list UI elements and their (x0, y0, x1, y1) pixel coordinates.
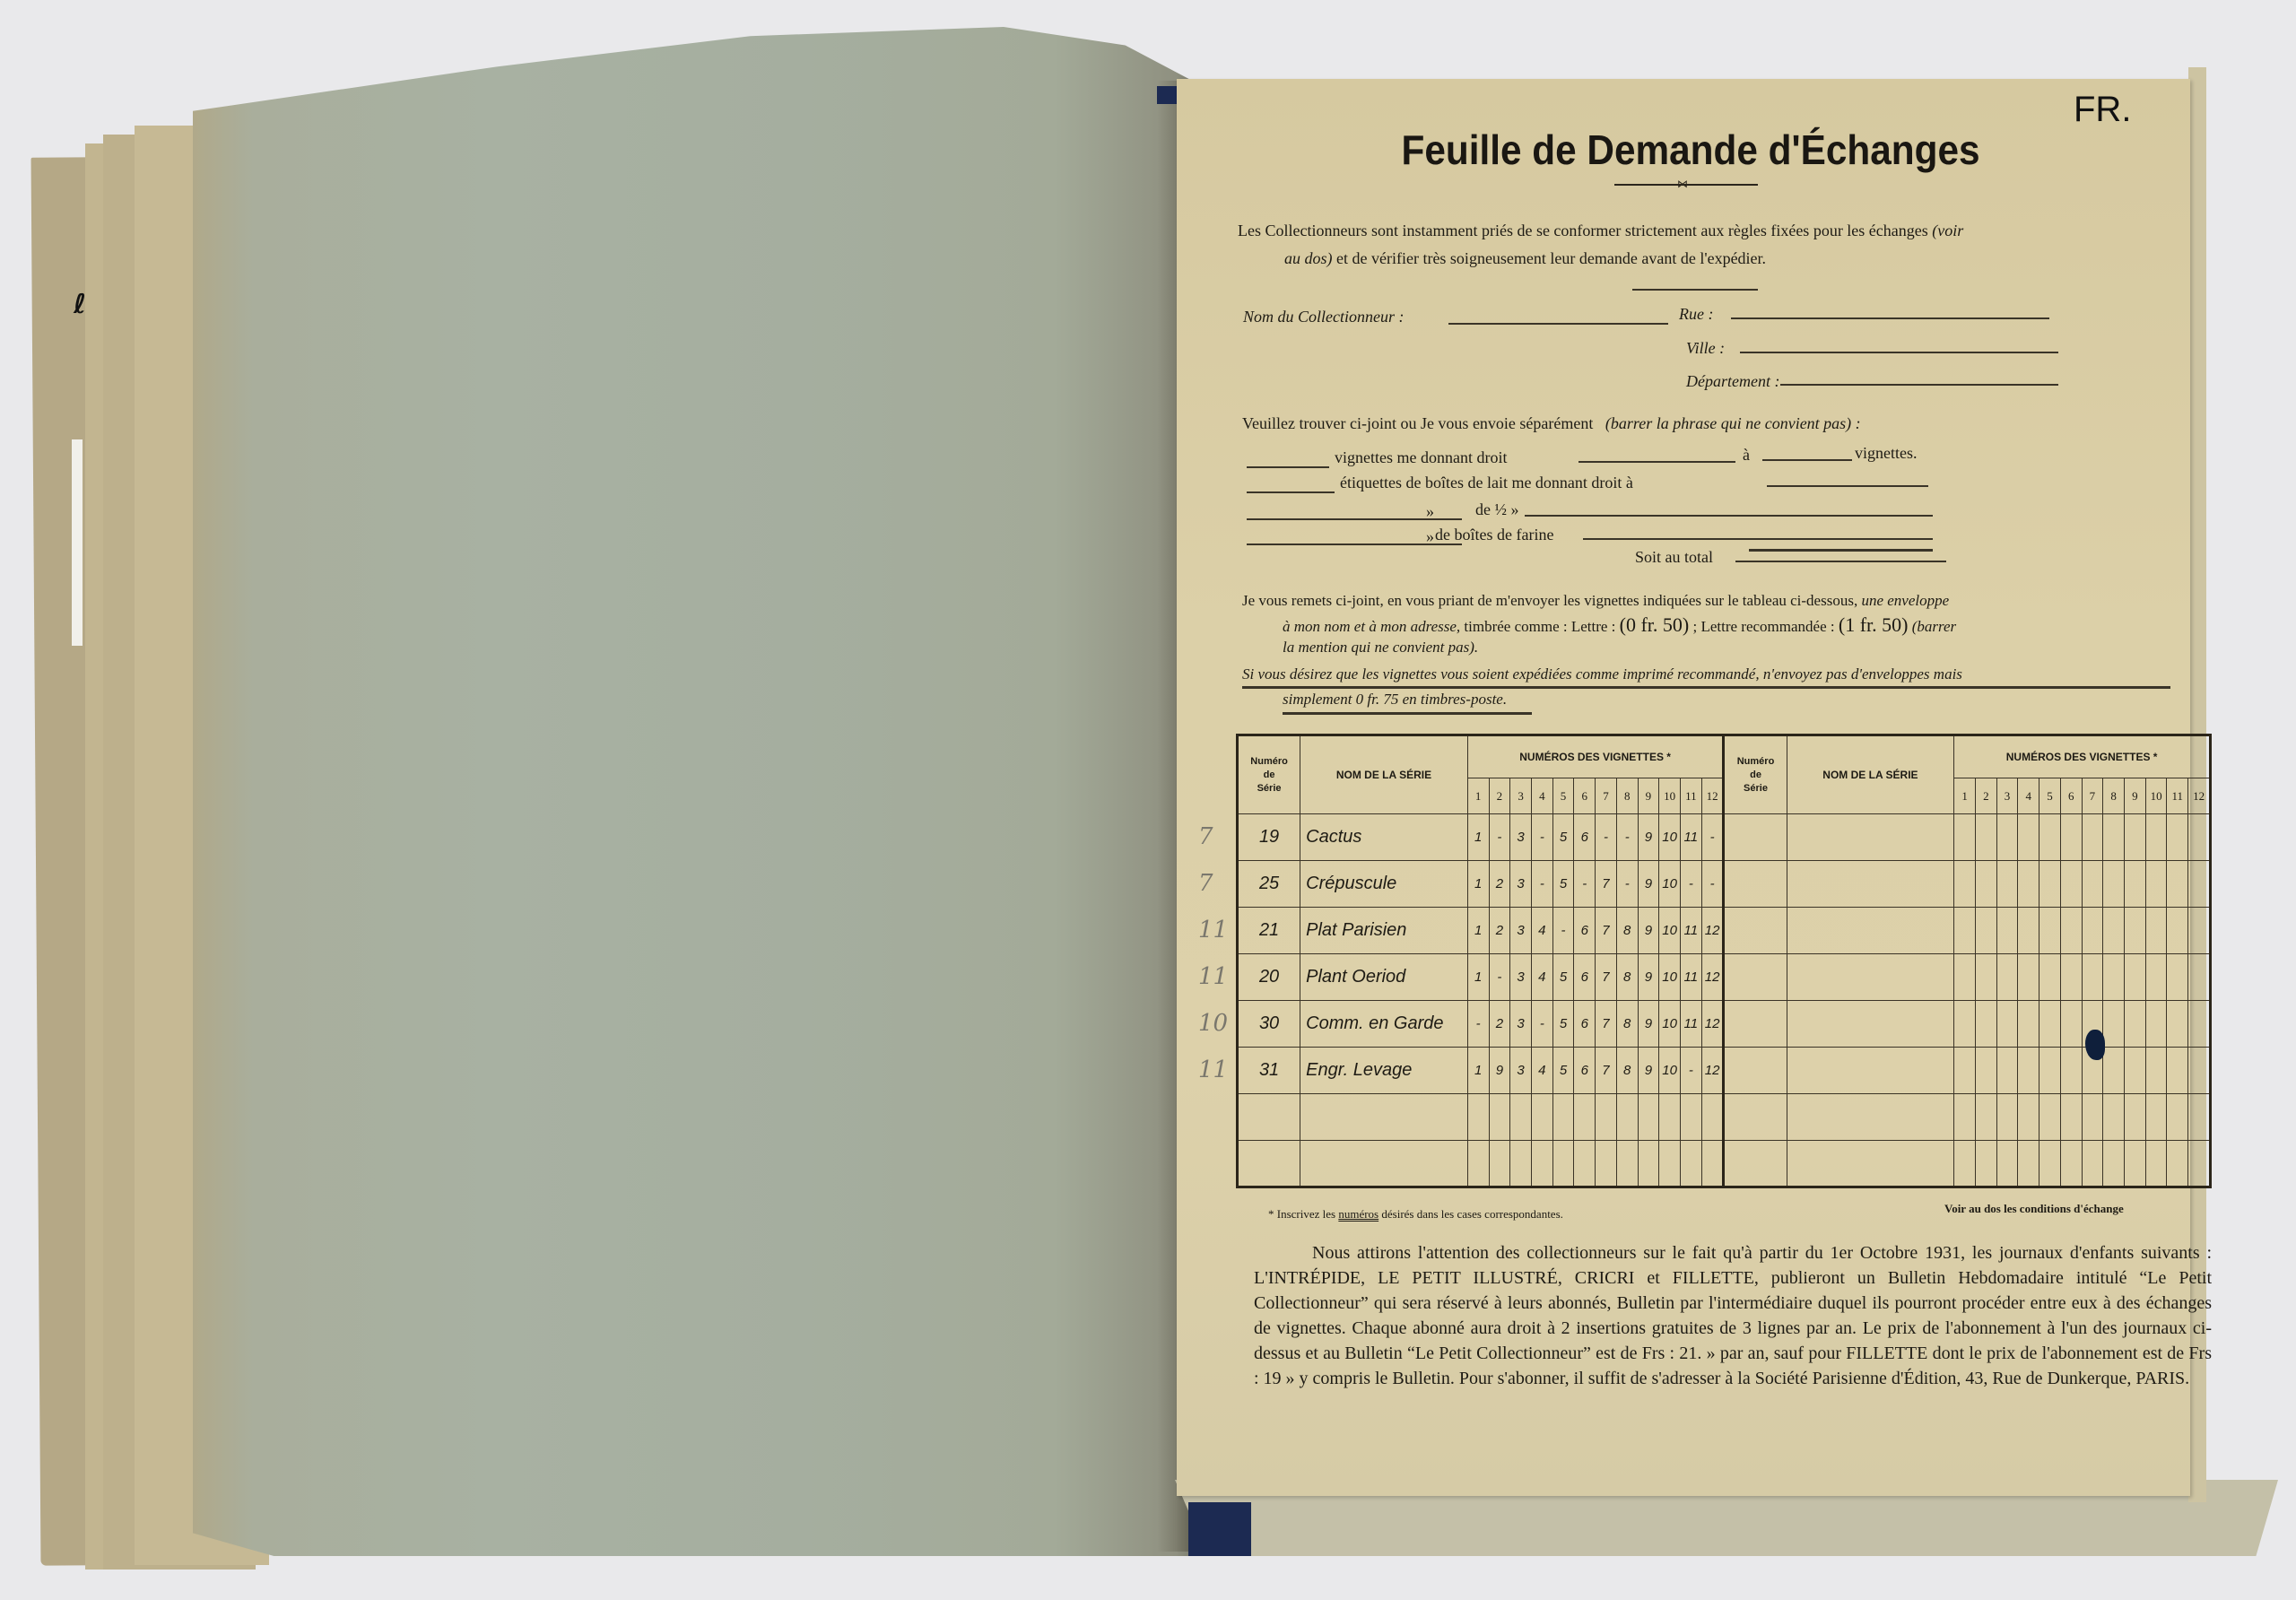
vignette-cell[interactable]: 12 (1701, 954, 1724, 1001)
vignette-cell[interactable] (1975, 1048, 1996, 1094)
vignette-cell[interactable] (1531, 1094, 1552, 1141)
vignette-cell[interactable]: - (1616, 861, 1638, 908)
vignette-cell[interactable] (2039, 954, 2061, 1001)
vignette-cell[interactable] (2060, 1094, 2082, 1141)
serie-name-cell[interactable]: Crépuscule (1300, 861, 1468, 908)
vignette-number-header: 1 (1467, 778, 1489, 814)
vignette-cell[interactable] (2188, 814, 2211, 861)
vignette-cell[interactable]: 10 (1659, 1001, 1681, 1048)
vignette-cell[interactable] (2167, 1001, 2188, 1048)
vignette-cell[interactable] (2125, 1048, 2146, 1094)
vignette-cell[interactable]: 5 (1552, 954, 1574, 1001)
vignette-cell[interactable] (2060, 1001, 2082, 1048)
margin-number: 10 (1198, 1010, 1228, 1037)
serie-name-cell[interactable] (1787, 814, 1954, 861)
vignette-cell[interactable] (2018, 1048, 2039, 1094)
vignette-cell[interactable] (1510, 1094, 1532, 1141)
vignette-cell[interactable] (2060, 1048, 2082, 1094)
vignette-cell[interactable] (1975, 1094, 1996, 1141)
divider (1632, 289, 1758, 291)
vignette-cell[interactable] (2145, 1048, 2167, 1094)
vignette-cell[interactable]: 6 (1574, 1048, 1596, 1094)
vignette-cell[interactable]: 7 (1596, 954, 1617, 1001)
vignette-cell[interactable] (2039, 1001, 2061, 1048)
vignette-cell[interactable]: 3 (1510, 861, 1532, 908)
row4-label: de boîtes de farine (1435, 526, 1553, 544)
vignette-cell[interactable] (2145, 908, 2167, 954)
vignette-cell[interactable]: - (1596, 814, 1617, 861)
vignette-cell[interactable]: 5 (1552, 814, 1574, 861)
vignette-cell[interactable] (1996, 1048, 2018, 1094)
header-text: Série (1744, 783, 1768, 794)
vignette-cell[interactable]: - (1680, 1048, 1701, 1094)
vignette-cell[interactable] (1975, 814, 1996, 861)
serie-number-cell[interactable] (1238, 1141, 1300, 1187)
vignette-cell[interactable]: 8 (1616, 1048, 1638, 1094)
vignette-cell[interactable]: 1 (1467, 908, 1489, 954)
ville-field[interactable] (1740, 352, 2058, 353)
vignette-cell[interactable] (2188, 1141, 2211, 1187)
serie-number-cell[interactable] (1724, 954, 1787, 1001)
vignette-cell[interactable] (2188, 954, 2211, 1001)
footnote-right: Voir au dos les conditions d'échange (1944, 1202, 2124, 1216)
vignette-cell[interactable] (2145, 1141, 2167, 1187)
vignette-cell[interactable] (2060, 1141, 2082, 1187)
footnote-text: * Inscrivez les (1268, 1207, 1335, 1221)
vignette-cell[interactable] (2082, 954, 2103, 1001)
intro-line-2: au dos) et de vérifier très soigneusemen… (1284, 249, 1766, 268)
col-header-nom-right: NOM DE LA SÉRIE (1787, 735, 1954, 814)
serie-name-cell[interactable] (1300, 1141, 1468, 1187)
departement-label: Département : (1686, 372, 1779, 391)
vignette-cell[interactable] (2125, 1141, 2146, 1187)
serie-number-cell[interactable]: 31 (1238, 1048, 1300, 1094)
vignette-cell[interactable]: 3 (1510, 908, 1532, 954)
vignette-cell[interactable]: - (1489, 814, 1510, 861)
table-row: 19Cactus1-3-56--91011- (1238, 814, 2211, 861)
serie-number-cell[interactable] (1724, 908, 1787, 954)
serie-number-cell[interactable] (1724, 814, 1787, 861)
vignette-cell[interactable] (2039, 861, 2061, 908)
intro-au-dos: au dos) (1284, 249, 1333, 267)
vignette-cell[interactable]: 11 (1680, 954, 1701, 1001)
vignette-cell[interactable]: 12 (1701, 1048, 1724, 1094)
table-body: 19Cactus1-3-56--91011-25Crépuscule123-5-… (1238, 814, 2211, 1187)
vignette-cell[interactable]: - (1701, 861, 1724, 908)
serie-name-cell[interactable]: Engr. Levage (1300, 1048, 1468, 1094)
vignette-cell[interactable] (1596, 1141, 1617, 1187)
vignette-cell[interactable]: 12 (1701, 908, 1724, 954)
vignette-cell[interactable] (1659, 1094, 1681, 1141)
remise-lettre: timbrée comme : Lettre : (1464, 618, 1615, 635)
vignette-cell[interactable] (1996, 908, 2018, 954)
serie-name-cell[interactable]: Cactus (1300, 814, 1468, 861)
serie-name-cell[interactable] (1300, 1094, 1468, 1141)
vignette-cell[interactable]: 4 (1531, 954, 1552, 1001)
vignette-cell[interactable] (2018, 814, 2039, 861)
vignette-cell[interactable]: 9 (1638, 908, 1659, 954)
vignette-cell[interactable] (1954, 1001, 1976, 1048)
vignette-cell[interactable]: 6 (1574, 954, 1596, 1001)
vignette-number-header: 4 (1531, 778, 1552, 814)
serie-name-cell[interactable]: Plant Oeriod (1300, 954, 1468, 1001)
row3-label: de ½ » (1475, 500, 1519, 519)
vignette-cell[interactable]: 11 (1680, 814, 1701, 861)
vignette-cell[interactable]: 1 (1467, 954, 1489, 1001)
vignette-cell[interactable]: 10 (1659, 814, 1681, 861)
vignette-cell[interactable] (1975, 1141, 1996, 1187)
vignette-cell[interactable] (2103, 1048, 2125, 1094)
vignette-cell[interactable] (2039, 1141, 2061, 1187)
total-label: Soit au total (1635, 548, 1713, 567)
vignette-cell[interactable] (1954, 861, 1976, 908)
binding-tape-bottom (1188, 1502, 1251, 1556)
vignette-cell[interactable] (1701, 1141, 1724, 1187)
vignette-cell[interactable] (2103, 954, 2125, 1001)
vignette-cell[interactable]: 10 (1659, 1048, 1681, 1094)
vignette-cell[interactable] (2039, 1094, 2061, 1141)
vignette-cell[interactable]: 2 (1489, 861, 1510, 908)
table-row: 30Comm. en Garde-23-56789101112 (1238, 1001, 2211, 1048)
vignette-cell[interactable] (2167, 861, 2188, 908)
vignette-cell[interactable] (2167, 954, 2188, 1001)
vignette-cell[interactable] (2018, 954, 2039, 1001)
serie-number-cell[interactable] (1724, 861, 1787, 908)
vignette-cell[interactable]: 10 (1659, 861, 1681, 908)
vignette-cell[interactable] (2167, 908, 2188, 954)
table-row: 31Engr. Levage19345678910-12 (1238, 1048, 2211, 1094)
vignette-cell[interactable] (1996, 1001, 2018, 1048)
vignette-cell[interactable]: 5 (1552, 861, 1574, 908)
vignette-cell[interactable] (2060, 814, 2082, 861)
header-text: Numéro (1250, 756, 1288, 767)
remise-line-1: Je vous remets ci-joint, en vous priant … (1242, 592, 1949, 610)
blank-vignettes-count[interactable] (1762, 459, 1852, 461)
vignette-cell[interactable]: - (1531, 861, 1552, 908)
vignette-cell[interactable]: 4 (1531, 1048, 1552, 1094)
vignette-cell[interactable] (1975, 908, 1996, 954)
vignette-cell[interactable] (2188, 1094, 2211, 1141)
serie-number-cell[interactable]: 30 (1238, 1001, 1300, 1048)
left-blank-page[interactable] (193, 27, 1206, 1556)
vignette-cell[interactable] (1552, 1094, 1574, 1141)
blank-qty-lait[interactable] (1247, 491, 1335, 493)
vignette-cell[interactable]: 2 (1489, 1001, 1510, 1048)
vignette-cell[interactable]: 6 (1574, 1001, 1596, 1048)
serie-name-cell[interactable] (1787, 954, 1954, 1001)
vignette-cell[interactable] (2167, 1048, 2188, 1094)
vignette-cell[interactable] (1701, 1094, 1724, 1141)
blank-qty-vignettes[interactable] (1247, 466, 1329, 468)
serie-name-cell[interactable] (1787, 1001, 1954, 1048)
vignette-cell[interactable] (2018, 861, 2039, 908)
vignette-cell[interactable]: 5 (1552, 1001, 1574, 1048)
vignette-cell[interactable]: 1 (1467, 1048, 1489, 1094)
vignette-cell[interactable] (2125, 1001, 2146, 1048)
lettre-price: (0 fr. 50) (1620, 613, 1690, 636)
vignette-cell[interactable] (1659, 1141, 1681, 1187)
vignette-cell[interactable]: 1 (1467, 861, 1489, 908)
vignette-cell[interactable]: 3 (1510, 954, 1532, 1001)
vignette-cell[interactable] (1996, 1094, 2018, 1141)
vignette-cell[interactable]: 6 (1574, 908, 1596, 954)
margin-number: 7 (1198, 870, 1213, 897)
vignette-cell[interactable] (2039, 1048, 2061, 1094)
blank-droit[interactable] (1578, 461, 1735, 463)
corner-mark: FR. (2074, 90, 2131, 130)
col-header-numero: Numéro de Série (1238, 735, 1300, 814)
vignette-cell[interactable] (2103, 1141, 2125, 1187)
vignette-cell[interactable] (1954, 954, 1976, 1001)
vignette-cell[interactable]: - (1616, 814, 1638, 861)
remise-adresse: à mon nom et à mon adresse, (1283, 618, 1460, 635)
vignette-cell[interactable]: 11 (1680, 908, 1701, 954)
blank-lait-droit[interactable] (1767, 485, 1928, 487)
vignette-cell[interactable]: - (1489, 954, 1510, 1001)
vignette-cell[interactable] (2060, 861, 2082, 908)
col-header-vignettes: NUMÉROS DES VIGNETTES * (1467, 735, 1724, 778)
vignette-number-header: 8 (1616, 778, 1638, 814)
vignette-cell[interactable]: 8 (1616, 1001, 1638, 1048)
vignette-cell[interactable]: - (1531, 814, 1552, 861)
vignette-cell[interactable]: 10 (1659, 954, 1681, 1001)
vignette-cell[interactable] (2018, 1001, 2039, 1048)
vignette-cell[interactable] (2082, 814, 2103, 861)
vignette-cell[interactable]: 9 (1638, 954, 1659, 1001)
vignette-cell[interactable] (2082, 1094, 2103, 1141)
vignette-cell[interactable] (1510, 1141, 1532, 1187)
vignette-cell[interactable] (2145, 954, 2167, 1001)
vignette-cell[interactable] (2167, 1141, 2188, 1187)
blank-farine-droit[interactable] (1583, 538, 1933, 540)
vignette-cell[interactable] (2060, 954, 2082, 1001)
vignette-number-header: 9 (2125, 778, 2146, 814)
vignette-cell[interactable] (2018, 908, 2039, 954)
vignette-cell[interactable] (2018, 1141, 2039, 1187)
vignette-cell[interactable] (1996, 814, 2018, 861)
serie-name-cell[interactable]: Comm. en Garde (1300, 1001, 1468, 1048)
vignette-cell[interactable] (1574, 1141, 1596, 1187)
serie-name-cell[interactable] (1787, 1141, 1954, 1187)
vignette-cell[interactable] (2082, 1141, 2103, 1187)
departement-field[interactable] (1780, 384, 2058, 386)
vignette-cell[interactable] (2188, 861, 2211, 908)
vignette-cell[interactable] (2125, 954, 2146, 1001)
vignette-cell[interactable]: 4 (1531, 908, 1552, 954)
vignette-cell[interactable]: 9 (1638, 1001, 1659, 1048)
serie-name-cell[interactable]: Plat Parisien (1300, 908, 1468, 954)
vignette-cell[interactable] (2082, 908, 2103, 954)
vignette-cell[interactable]: - (1467, 1001, 1489, 1048)
vignette-cell[interactable] (2188, 908, 2211, 954)
vignette-cell[interactable] (1996, 1141, 2018, 1187)
serie-number-cell[interactable]: 25 (1238, 861, 1300, 908)
vignette-cell[interactable] (2060, 908, 2082, 954)
vignette-number-header: 6 (1574, 778, 1596, 814)
serie-number-cell[interactable] (1724, 1048, 1787, 1094)
vignette-cell[interactable] (1996, 861, 2018, 908)
vignette-cell[interactable] (1552, 1141, 1574, 1187)
remise-barrer: (barrer (1912, 618, 1956, 635)
vignette-cell[interactable]: 1 (1467, 814, 1489, 861)
vignette-cell[interactable] (1954, 1094, 1976, 1141)
vignette-cell[interactable]: 9 (1638, 861, 1659, 908)
vignette-cell[interactable] (2167, 814, 2188, 861)
ville-label: Ville : (1686, 339, 1725, 358)
serie-number-cell[interactable]: 20 (1238, 954, 1300, 1001)
serie-number-cell[interactable] (1724, 1094, 1787, 1141)
footnote-underlined: numéros (1338, 1207, 1378, 1221)
footnote-text: désirés dans les cases correspondantes. (1381, 1207, 1563, 1221)
serie-name-cell[interactable] (1787, 908, 1954, 954)
vignette-cell[interactable] (1975, 861, 1996, 908)
serie-name-cell[interactable] (1787, 861, 1954, 908)
serie-name-cell[interactable] (1787, 1048, 1954, 1094)
vignette-cell[interactable] (2103, 908, 2125, 954)
vignette-cell[interactable] (1596, 1094, 1617, 1141)
vignette-cell[interactable] (2103, 861, 2125, 908)
white-paper-strip (72, 439, 83, 646)
notice-text: Nous attirons l'attention des collection… (1254, 1240, 2212, 1391)
vignette-number-header: 8 (2103, 778, 2125, 814)
vignette-cell[interactable] (2125, 814, 2146, 861)
header-text: de (1264, 770, 1275, 780)
blank-demi-droit[interactable] (1525, 515, 1933, 517)
envoi-text: Veuillez trouver ci-joint ou Je vous env… (1242, 414, 1593, 432)
serie-number-cell[interactable] (1724, 1141, 1787, 1187)
rue-field[interactable] (1731, 317, 2049, 319)
vignette-cell[interactable] (2145, 861, 2167, 908)
row1-a: à (1743, 446, 1750, 465)
vignette-cell[interactable] (2103, 814, 2125, 861)
sum-rule (1749, 549, 1933, 552)
vignette-cell[interactable] (2145, 1001, 2167, 1048)
envoi-line: Veuillez trouver ci-joint ou Je vous env… (1242, 414, 1861, 433)
vignette-cell[interactable]: 9 (1489, 1048, 1510, 1094)
remise-recommandee: ; Lettre recommandée : (1693, 618, 1835, 635)
vignette-cell[interactable] (2145, 1094, 2167, 1141)
vignette-cell[interactable] (1489, 1094, 1510, 1141)
nom-field[interactable] (1448, 323, 1668, 325)
vignette-cell[interactable] (1489, 1141, 1510, 1187)
vignette-cell[interactable]: 10 (1659, 908, 1681, 954)
intro-voir: (voir (1932, 222, 1963, 239)
serie-number-cell[interactable]: 19 (1238, 814, 1300, 861)
vignette-cell[interactable] (1638, 1094, 1659, 1141)
vignette-cell[interactable]: 3 (1510, 814, 1532, 861)
serie-number-cell[interactable] (1238, 1094, 1300, 1141)
vignette-cell[interactable]: 2 (1489, 908, 1510, 954)
vignette-cell[interactable] (1616, 1094, 1638, 1141)
vignette-cell[interactable] (2103, 1094, 2125, 1141)
vignette-cell[interactable]: 8 (1616, 954, 1638, 1001)
form-title: Feuille de Demande d'Échanges (1365, 126, 2017, 174)
vignette-cell[interactable]: - (1680, 861, 1701, 908)
vignette-cell[interactable] (1616, 1141, 1638, 1187)
vignette-number-header: 1 (1954, 778, 1976, 814)
vignette-number-header: 12 (1701, 778, 1724, 814)
vignette-cell[interactable]: 6 (1574, 814, 1596, 861)
vignette-cell[interactable] (1975, 954, 1996, 1001)
table-row: 25Crépuscule123-5-7-910-- (1238, 861, 2211, 908)
recommande-note-1: Si vous désirez que les vignettes vous s… (1242, 665, 1962, 683)
row1-vignettes: vignettes. (1855, 444, 1918, 463)
vignette-number-header: 6 (2060, 778, 2082, 814)
vignette-cell[interactable]: 7 (1596, 1001, 1617, 1048)
vignette-cell[interactable]: 7 (1596, 908, 1617, 954)
serie-number-cell[interactable] (1724, 1001, 1787, 1048)
vignette-cell[interactable]: 9 (1638, 1048, 1659, 1094)
vignette-cell[interactable] (1680, 1094, 1701, 1141)
table-row (1238, 1094, 2211, 1141)
vignette-cell[interactable]: 9 (1638, 814, 1659, 861)
vignette-cell[interactable] (1975, 1001, 1996, 1048)
vignette-cell[interactable] (1954, 1048, 1976, 1094)
total-field[interactable] (1735, 561, 1946, 562)
margin-number: 11 (1198, 917, 1228, 943)
vignette-cell[interactable] (2125, 1094, 2146, 1141)
vignette-cell[interactable] (2082, 861, 2103, 908)
vignette-cell[interactable]: - (1701, 814, 1724, 861)
vignette-cell[interactable] (2103, 1001, 2125, 1048)
vignette-cell[interactable] (1574, 1094, 1596, 1141)
nom-label: Nom du Collectionneur : (1243, 308, 1404, 326)
underline-1 (1242, 686, 2170, 689)
vignette-number-header: 2 (1489, 778, 1510, 814)
vignette-cell[interactable] (1954, 814, 1976, 861)
vignette-cell[interactable] (2145, 814, 2167, 861)
serie-number-cell[interactable]: 21 (1238, 908, 1300, 954)
vignette-cell[interactable] (1954, 908, 1976, 954)
vignette-cell[interactable]: - (1552, 908, 1574, 954)
vignette-cell[interactable]: 3 (1510, 1048, 1532, 1094)
vignette-cell[interactable] (1954, 1141, 1976, 1187)
vignette-cell[interactable] (1996, 954, 2018, 1001)
vignette-cell[interactable] (2188, 1048, 2211, 1094)
vignette-cell[interactable]: 3 (1510, 1001, 1532, 1048)
vignette-cell[interactable] (1467, 1141, 1489, 1187)
vignette-cell[interactable] (2167, 1094, 2188, 1141)
vignette-cell[interactable] (1638, 1141, 1659, 1187)
vignette-cell[interactable]: 12 (1701, 1001, 1724, 1048)
envoi-note: (barrer la phrase qui ne convient pas) : (1605, 414, 1861, 432)
underline-2 (1283, 712, 1532, 715)
table-row (1238, 1141, 2211, 1187)
margin-number: 11 (1198, 1057, 1228, 1083)
vignette-cell[interactable]: 8 (1616, 908, 1638, 954)
vignette-cell[interactable]: 11 (1680, 1001, 1701, 1048)
vignette-cell[interactable] (2039, 814, 2061, 861)
vignette-cell[interactable]: - (1574, 861, 1596, 908)
remise-line-3: la mention qui ne convient pas). (1283, 639, 1478, 657)
vignette-cell[interactable] (2125, 861, 2146, 908)
row2-label: étiquettes de boîtes de lait me donnant … (1340, 474, 1633, 492)
vignette-number-header: 7 (1596, 778, 1617, 814)
vignette-cell[interactable] (2125, 908, 2146, 954)
vignette-cell[interactable] (2188, 1001, 2211, 1048)
vignette-cell[interactable] (1467, 1094, 1489, 1141)
vignette-cell[interactable] (2039, 908, 2061, 954)
vignette-cell[interactable] (2018, 1094, 2039, 1141)
vignette-cell[interactable]: 5 (1552, 1048, 1574, 1094)
vignette-cell[interactable] (1680, 1141, 1701, 1187)
vignette-cell[interactable]: 7 (1596, 861, 1617, 908)
vignette-number-header: 12 (2188, 778, 2211, 814)
serie-name-cell[interactable] (1787, 1094, 1954, 1141)
vignette-cell[interactable] (1531, 1141, 1552, 1187)
vignette-cell[interactable]: - (1531, 1001, 1552, 1048)
vignette-cell[interactable]: 7 (1596, 1048, 1617, 1094)
